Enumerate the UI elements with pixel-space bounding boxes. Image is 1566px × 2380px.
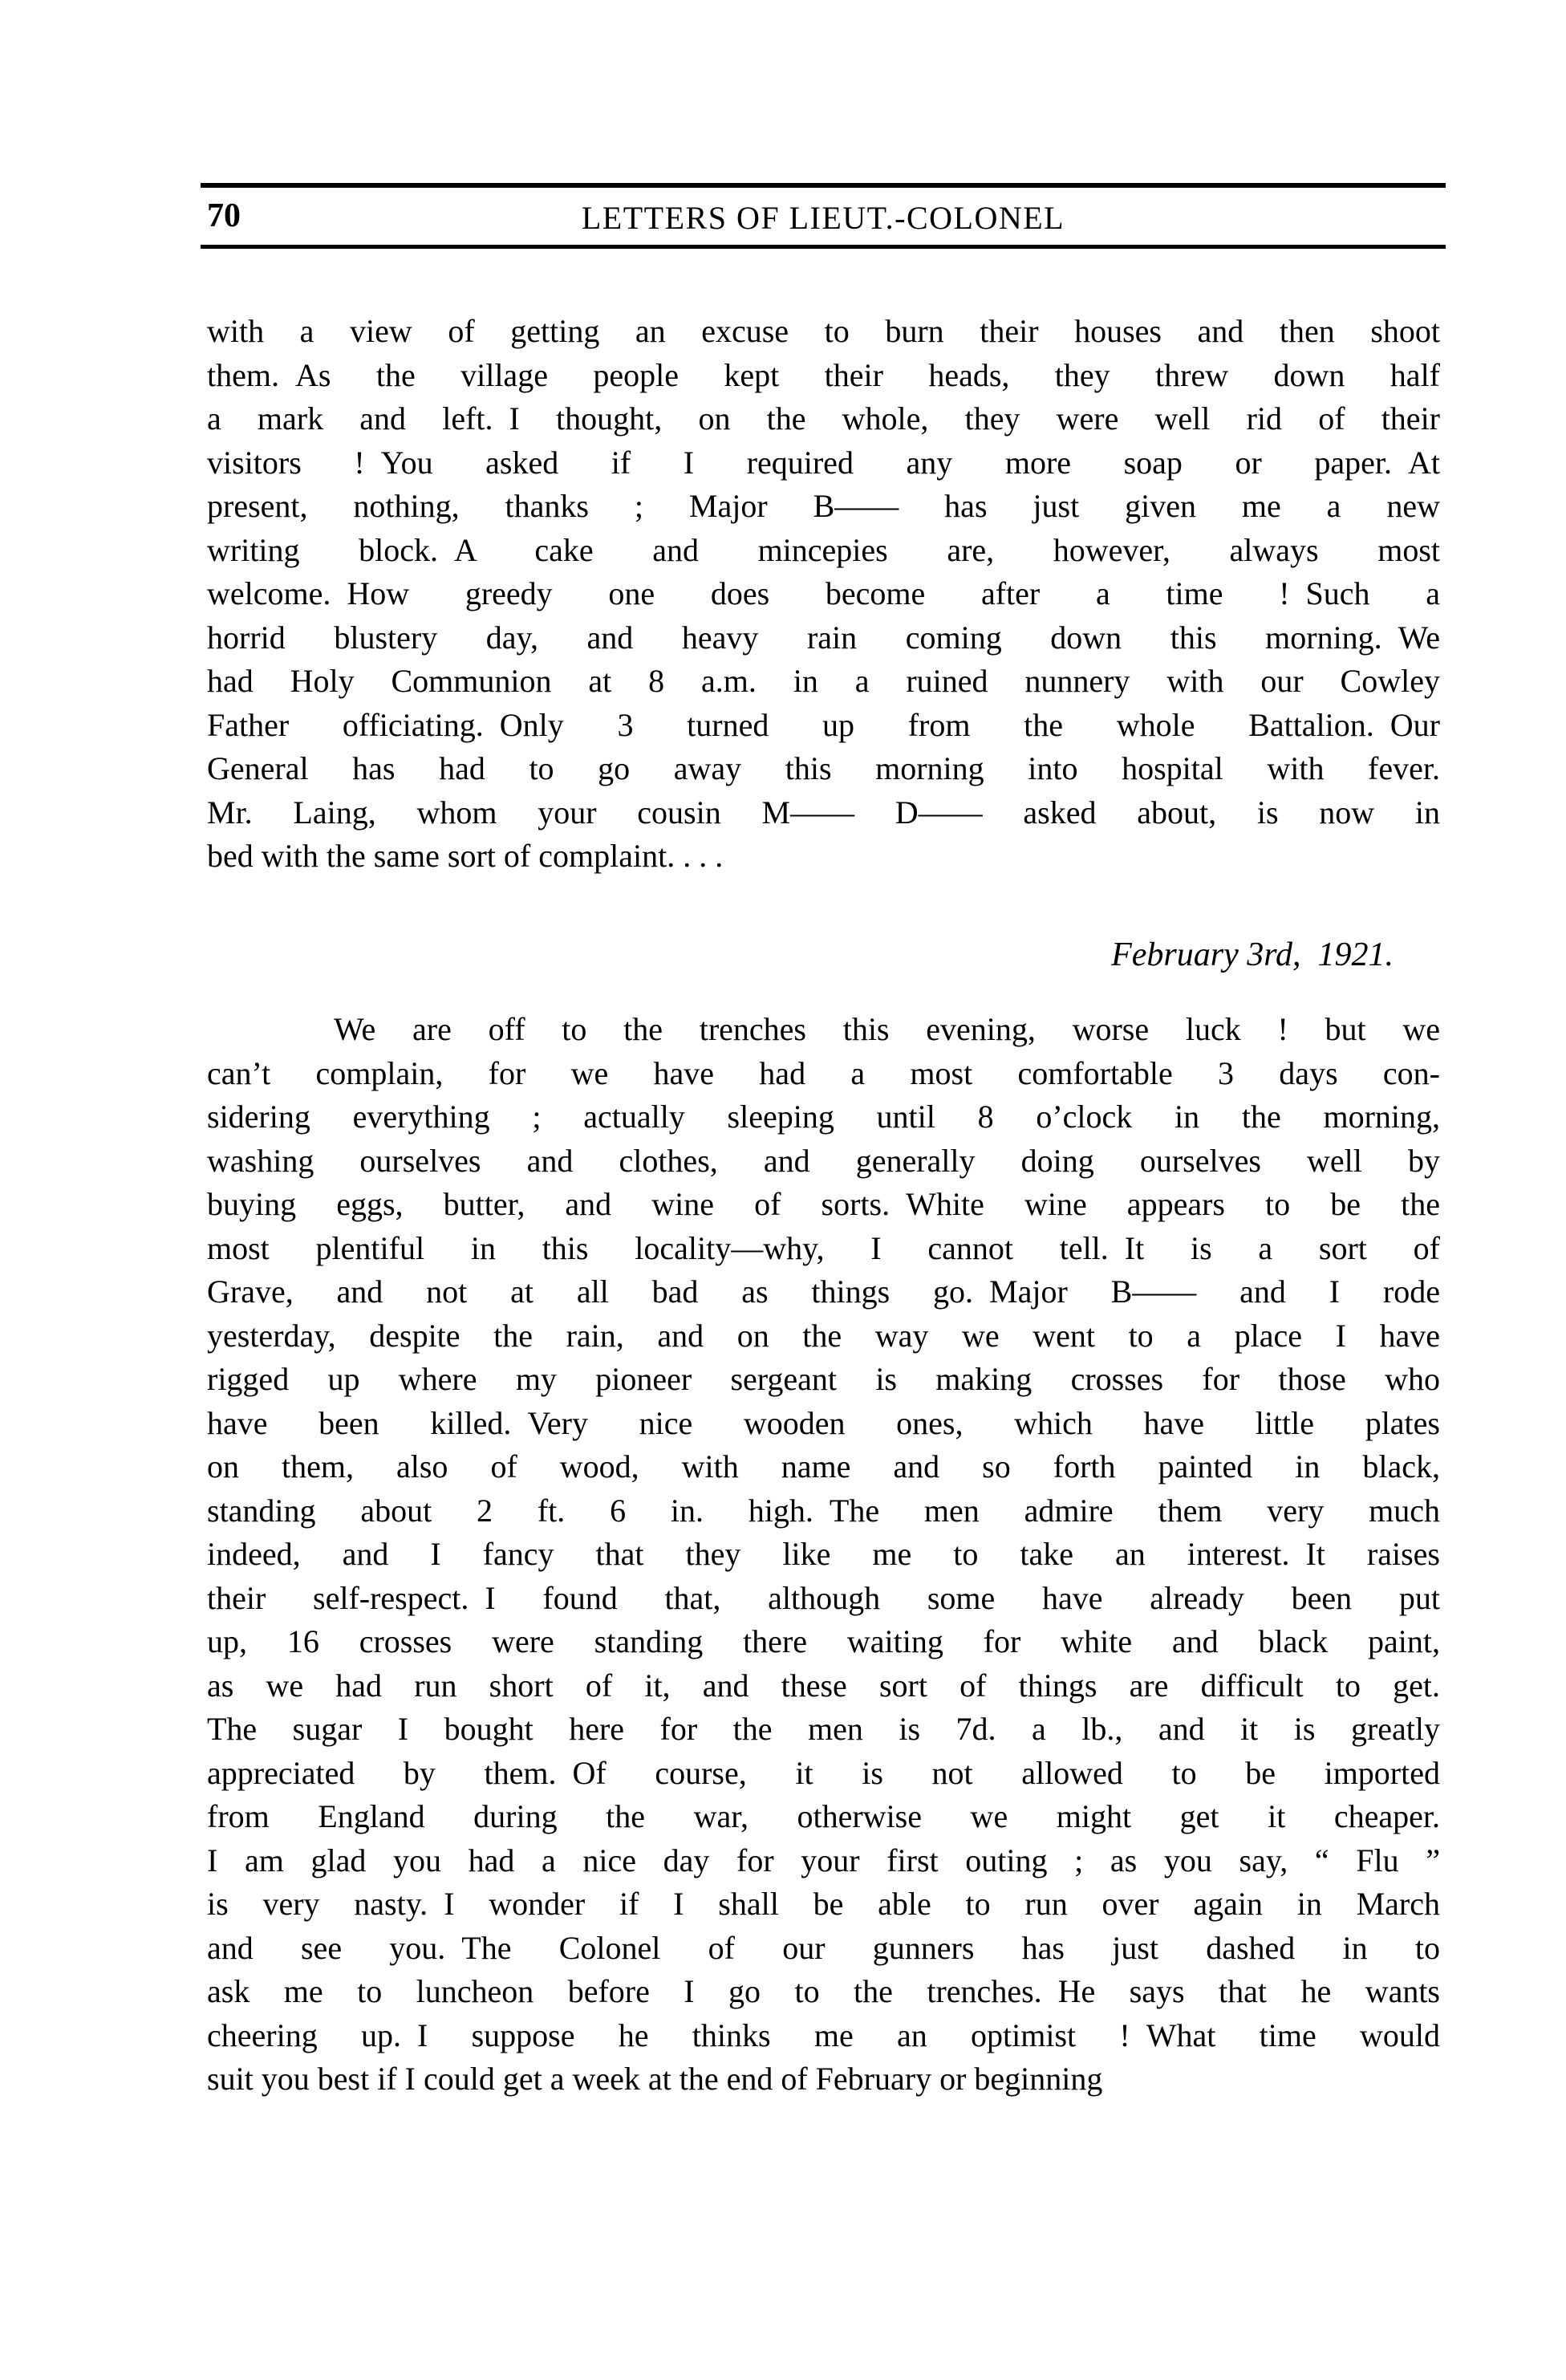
text-line: buying eggs, butter, and wine of sorts. … [207, 1183, 1440, 1227]
text-line: yesterday, despite the rain, and on the … [207, 1314, 1440, 1359]
text-line: and see you. The Colonel of our gunners … [207, 1927, 1440, 1971]
text-line: up, 16 crosses were standing there waiti… [207, 1620, 1440, 1664]
text-line: on them, also of wood, with name and so … [207, 1445, 1440, 1489]
text-line: rigged up where my pioneer sergeant is m… [207, 1358, 1440, 1402]
text-line: from England during the war, otherwise w… [207, 1795, 1440, 1839]
header-rule-top [201, 183, 1446, 188]
text-line: bed with the same sort of complaint. . .… [207, 835, 1440, 879]
book-page: 70 LETTERS OF LIEUT.-COLONEL with a view… [0, 0, 1566, 2380]
text-line: Grave, and not at all bad as things go. … [207, 1270, 1440, 1314]
text-line: suit you best if I could get a week at t… [207, 2057, 1440, 2102]
text-line: Mr. Laing, whom your cousin M—— D—— aske… [207, 791, 1440, 835]
text-line: is very nasty. I wonder if I shall be ab… [207, 1882, 1440, 1927]
header-title: LETTERS OF LIEUT.-COLONEL [201, 197, 1446, 239]
letter-body-paragraph: We are off to the trenches this evening,… [207, 1008, 1440, 2102]
text-line: can’t complain, for we have had a most c… [207, 1052, 1440, 1096]
text-line: horrid blustery day, and heavy rain comi… [207, 616, 1440, 660]
text-line: sidering everything ; actually sleeping … [207, 1095, 1440, 1139]
text-line: washing ourselves and clothes, and gener… [207, 1139, 1440, 1184]
text-line: We are off to the trenches this evening,… [207, 1008, 1440, 1052]
text-line: most plentiful in this locality—why, I c… [207, 1227, 1440, 1271]
letter-dateline: February 3rd, 1921. [207, 933, 1440, 977]
text-line: The sugar I bought here for the men is 7… [207, 1708, 1440, 1752]
text-line: writing block. A cake and mincepies are,… [207, 529, 1440, 573]
text-line: them. As the village people kept their h… [207, 354, 1440, 398]
text-line: as we had run short of it, and these sor… [207, 1664, 1440, 1708]
text-line: present, nothing, thanks ; Major B—— has… [207, 485, 1440, 529]
text-line: ask me to luncheon before I go to the tr… [207, 1970, 1440, 2014]
text-line: their self-respect. I found that, althou… [207, 1577, 1440, 1621]
text-line: with a view of getting an excuse to burn… [207, 310, 1440, 354]
text-line: cheering up. I suppose he thinks me an o… [207, 2014, 1440, 2058]
text-line: a mark and left. I thought, on the whole… [207, 397, 1440, 441]
text-line: appreciated by them. Of course, it is no… [207, 1752, 1440, 1796]
text-line: had Holy Communion at 8 a.m. in a ruined… [207, 660, 1440, 704]
text-line: welcome. How greedy one does become afte… [207, 572, 1440, 616]
text-line: Father officiating. Only 3 turned up fro… [207, 704, 1440, 748]
text-line: I am glad you had a nice day for your fi… [207, 1839, 1440, 1883]
letter-end-paragraph: with a view of getting an excuse to burn… [207, 310, 1440, 879]
text-line: visitors ! You asked if I required any m… [207, 441, 1440, 485]
text-line: have been killed. Very nice wooden ones,… [207, 1402, 1440, 1446]
text-line: General has had to go away this morning … [207, 747, 1440, 791]
text-line: indeed, and I fancy that they like me to… [207, 1533, 1440, 1577]
text-line: standing about 2 ft. 6 in. high. The men… [207, 1489, 1440, 1533]
header-rule-bottom [201, 245, 1446, 249]
